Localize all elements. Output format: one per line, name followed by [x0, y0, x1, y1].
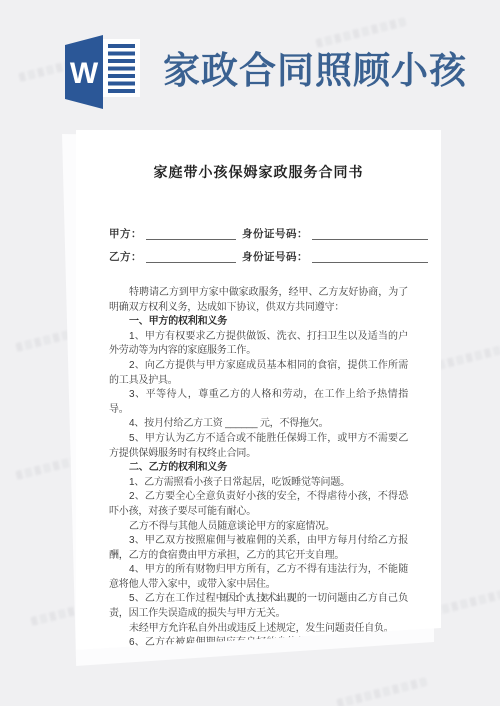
document-title: 家庭带小孩保姆家政服务合同书	[109, 162, 408, 182]
party-a-id-blank	[312, 229, 428, 240]
document-stack: 家庭带小孩保姆家政服务合同书 甲方：身份证号码： 乙方：身份证号码： 特聘请乙方…	[0, 0, 500, 706]
document-page[interactable]: 家庭带小孩保姆家政服务合同书 甲方：身份证号码： 乙方：身份证号码： 特聘请乙方…	[76, 130, 441, 650]
contract-paragraph: 特聘请乙方到甲方家中做家政服务，经甲、乙方友好协商，为了明确双方权利义务，达成如…	[109, 286, 408, 315]
contract-paragraph: 3、甲乙双方按照雇佣与被雇佣的关系，由甲方每月付给乙方报酬，乙方的食宿费由甲方承…	[109, 534, 408, 563]
party-a-name-blank	[146, 229, 236, 240]
contract-paragraph: 1、乙方需照看小孩子日常起居，吃饭睡觉等问题。	[109, 476, 408, 491]
party-a-id-label: 身份证号码：	[242, 228, 308, 240]
contract-paragraph: 4、按月付给乙方工资 ______ 元，不得拖欠。	[109, 417, 408, 432]
party-b-label: 乙方：	[109, 251, 142, 263]
party-a-row: 甲方：身份证号码：	[109, 226, 408, 249]
party-b-id-blank	[312, 252, 428, 263]
page-canvas: W 家政合同照顾小孩 家庭带小孩保姆家政服务合同书 甲方：身份证号码： 乙方：身…	[0, 0, 500, 706]
contract-paragraph: 2、向乙方提供与甲方家庭成员基本相同的食宿，提供工作所需的工具及护具。	[109, 359, 408, 388]
party-b-row: 乙方：身份证号码：	[109, 249, 408, 272]
party-a-label: 甲方：	[109, 228, 142, 240]
contract-paragraph: 3、平等待人，尊重乙方的人格和劳动，在工作上给予热情指导。	[109, 388, 408, 417]
contract-body: 特聘请乙方到甲方家中做家政服务，经甲、乙方友好协商，为了明确双方权利义务，达成如…	[109, 286, 408, 665]
contract-paragraph: 4、甲方的所有财物归甲方所有，乙方不得有违法行为，不能随意将他人带入家中，或带入…	[109, 563, 408, 592]
party-rows: 甲方：身份证号码： 乙方：身份证号码：	[109, 226, 408, 272]
party-b-name-blank	[146, 252, 236, 263]
party-b-id-label: 身份证号码：	[242, 251, 308, 263]
page-number: 第 1 页 共 3 页	[76, 592, 441, 604]
contract-paragraph: 5、甲方认为乙方不适合或不能胜任保姆工作，或甲方不需要乙方提供保姆服务时有权终止…	[109, 432, 408, 461]
contract-paragraph: 一、甲方的权利和义务	[109, 315, 408, 330]
contract-paragraph: 1、甲方有权要求乙方提供做饭、洗衣、打扫卫生以及适当的户外劳动等为内容的家庭服务…	[109, 330, 408, 359]
contract-paragraph: 乙方不得与其他人员随意谈论甲方的家庭情况。	[109, 520, 408, 535]
contract-paragraph: 二、乙方的权利和义务	[109, 461, 408, 476]
contract-paragraph: 2、乙方要全心全意负责好小孩的安全，不得虐待小孩，不得恐吓小孩，对孩子要尽可能有…	[109, 490, 408, 519]
